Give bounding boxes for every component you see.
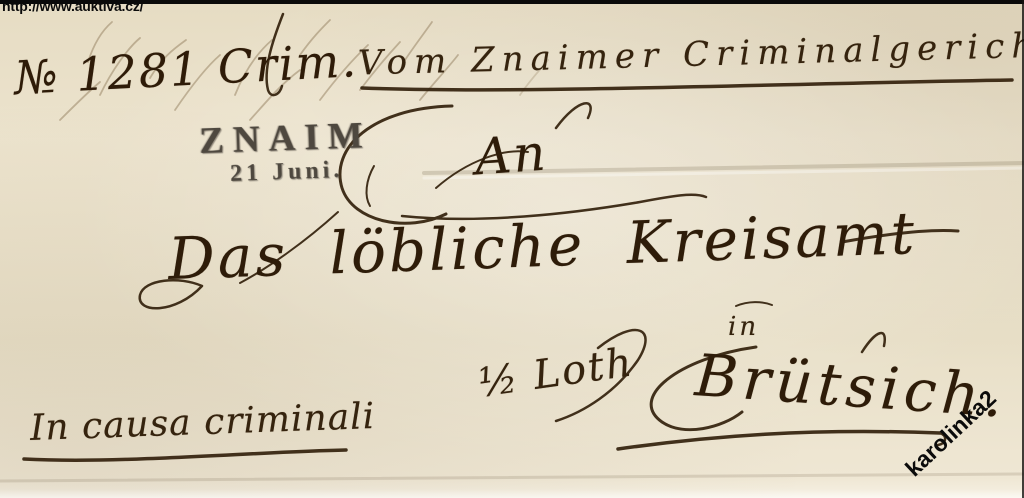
sender-line: Vom Znaimer Criminalgerichte	[358, 24, 1024, 83]
scan-bottom-edge	[0, 489, 1024, 498]
addressee-line: Das löbliche Kreisamt	[167, 199, 918, 293]
scan-top-edge	[0, 0, 1024, 4]
case-note: In causa criminali	[29, 396, 375, 449]
salutation: An	[473, 124, 549, 187]
location-prefix: in	[728, 312, 759, 342]
letter-scan: ZNAIM 21 Juni. № 1281 Crim. Vom Znaimer …	[0, 0, 1024, 498]
docket-number: № 1281 Crim.	[13, 33, 359, 105]
postmark-stamp: ZNAIM 21 Juni.	[175, 116, 397, 189]
weight-note: ½ Loth	[476, 339, 637, 406]
postmark-town: ZNAIM	[175, 116, 396, 162]
